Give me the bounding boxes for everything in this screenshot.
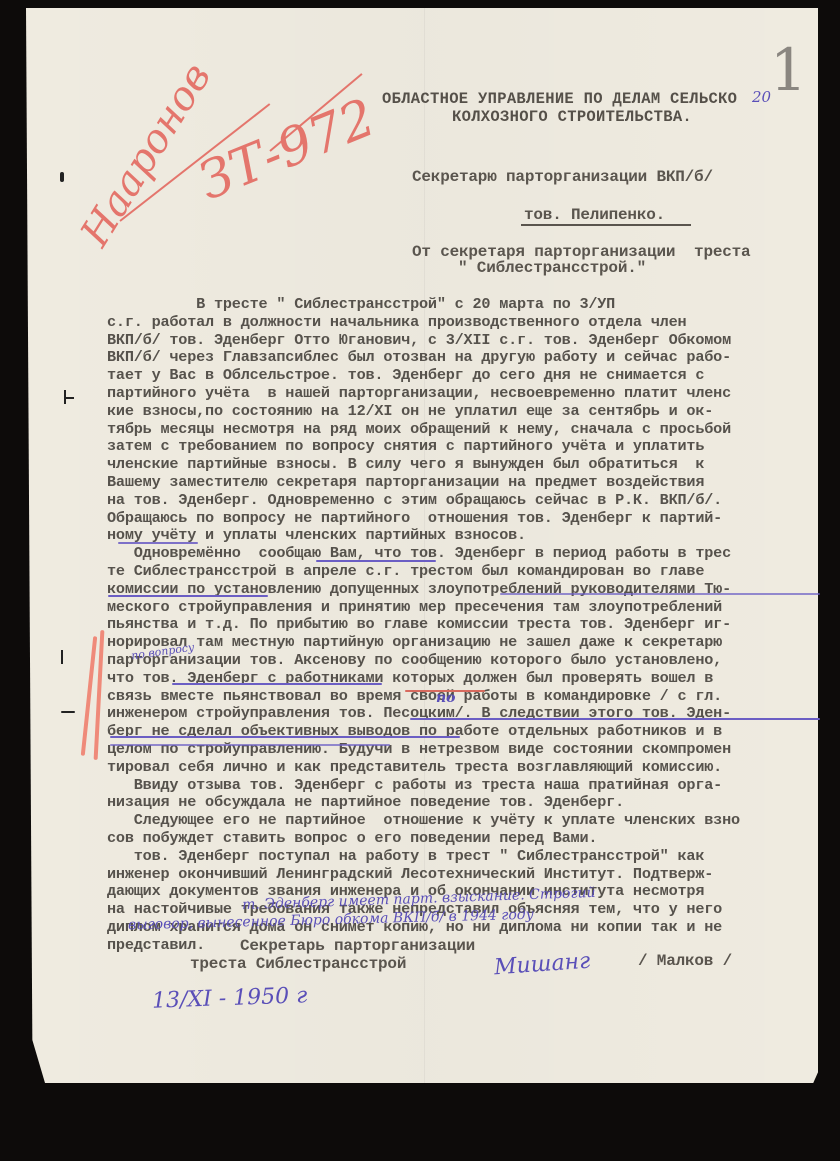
blue-underline (172, 683, 382, 685)
body-line: парторганизации тов. Аксенову по сообщен… (107, 652, 740, 670)
blue-underline (110, 744, 390, 746)
letterhead-line-2: КОЛХОЗНОГО СТРОИТЕЛЬСТВА. (452, 108, 692, 126)
body-line: тировал себя лично и как представитель т… (107, 759, 740, 777)
body-line: Вашему заместителю секретаря парторганиз… (107, 474, 740, 492)
body-line: Ввиду отзыва тов. Эденберг с работы из т… (107, 777, 740, 795)
body-line: берг не сделал объективных выводов по ра… (107, 723, 740, 741)
sender-line-2: " Сиблестрансстрой." (458, 259, 646, 277)
body-line: с.г. работал в должности начальника прои… (107, 314, 740, 332)
signature-title-line-2: треста Сиблестрансстрой (190, 955, 406, 973)
blue-underline (410, 718, 820, 720)
body-line: В тресте " Сиблестрансстрой" с 20 марта … (107, 296, 740, 314)
body-line: низация не обсуждала не партийное поведе… (107, 794, 740, 812)
body-line: Обращаюсь по вопросу не партийного отнош… (107, 510, 740, 528)
blue-underline (118, 542, 198, 544)
blue-underline (500, 593, 820, 595)
body-line: ВКП/б/ через Главзапсиблес был отозван н… (107, 349, 740, 367)
handwritten-page-number: 20 (752, 88, 771, 106)
body-line: ВКП/б/ тов. Эденберг Отто Юганович, с 3/… (107, 332, 740, 350)
letterhead-line-1: ОБЛАСТНОЕ УПРАВЛЕНИЕ ПО ДЕЛАМ СЕЛЬСКО (382, 90, 737, 108)
handwritten-correction: по (436, 690, 456, 706)
body-line: тает у Вас в Облсельстрое. тов. Эденберг… (107, 367, 740, 385)
body-line: сов побуждет ставить вопрос о его поведе… (107, 830, 740, 848)
letter-body: В тресте " Сиблестрансстрой" с 20 марта … (107, 296, 740, 954)
addressee-underline (521, 224, 691, 226)
binding-mark (64, 397, 74, 399)
binding-mark (60, 172, 64, 182)
body-line: меского стройуправления и принятию мер п… (107, 599, 740, 617)
addressee-name: тов. Пелипенко. (524, 206, 665, 224)
body-line: пьянства и т.д. По прибытию во главе ком… (107, 616, 740, 634)
blue-underline (316, 560, 436, 562)
body-line: на тов. Эденберг. Одновременно с этим об… (107, 492, 740, 510)
body-line: ному учёту и уплаты членских партийных в… (107, 527, 740, 545)
body-line: те Сиблестрансстрой в апреле с.г. тресто… (107, 563, 740, 581)
binding-mark (61, 711, 75, 713)
body-line: кие взносы,по состоянию на 12/XI он не у… (107, 403, 740, 421)
addressee-line-1: Секретарю парторганизации ВКП/б/ (412, 168, 713, 186)
body-line: тябрь месяцы несмотря на ряд моих обраще… (107, 421, 740, 439)
body-line: затем с требованием по вопросу снятия с … (107, 438, 740, 456)
body-line: тов. Эденберг поступал на работу в трест… (107, 848, 740, 866)
body-line: партийного учёта в нашей парторганизации… (107, 385, 740, 403)
body-line: членские партийные взносы. В силу чего я… (107, 456, 740, 474)
signature-title-line-1: Секретарь парторганизации (240, 937, 475, 955)
body-line: норировал там местную партийную организа… (107, 634, 740, 652)
body-line: что тов. Эденберг с работниками которых … (107, 670, 740, 688)
folio-number: 1 (770, 36, 807, 104)
signatory-name: / Малков / (638, 952, 732, 970)
body-line: Следующее его не партийное отношение к у… (107, 812, 740, 830)
blue-underline (108, 595, 268, 597)
body-line: инженером стройуправления тов. Песоцким/… (107, 705, 740, 723)
blue-underline (110, 736, 460, 738)
body-line: инженер окончивший Ленинградский Лесотех… (107, 866, 740, 884)
binding-mark (61, 650, 63, 664)
